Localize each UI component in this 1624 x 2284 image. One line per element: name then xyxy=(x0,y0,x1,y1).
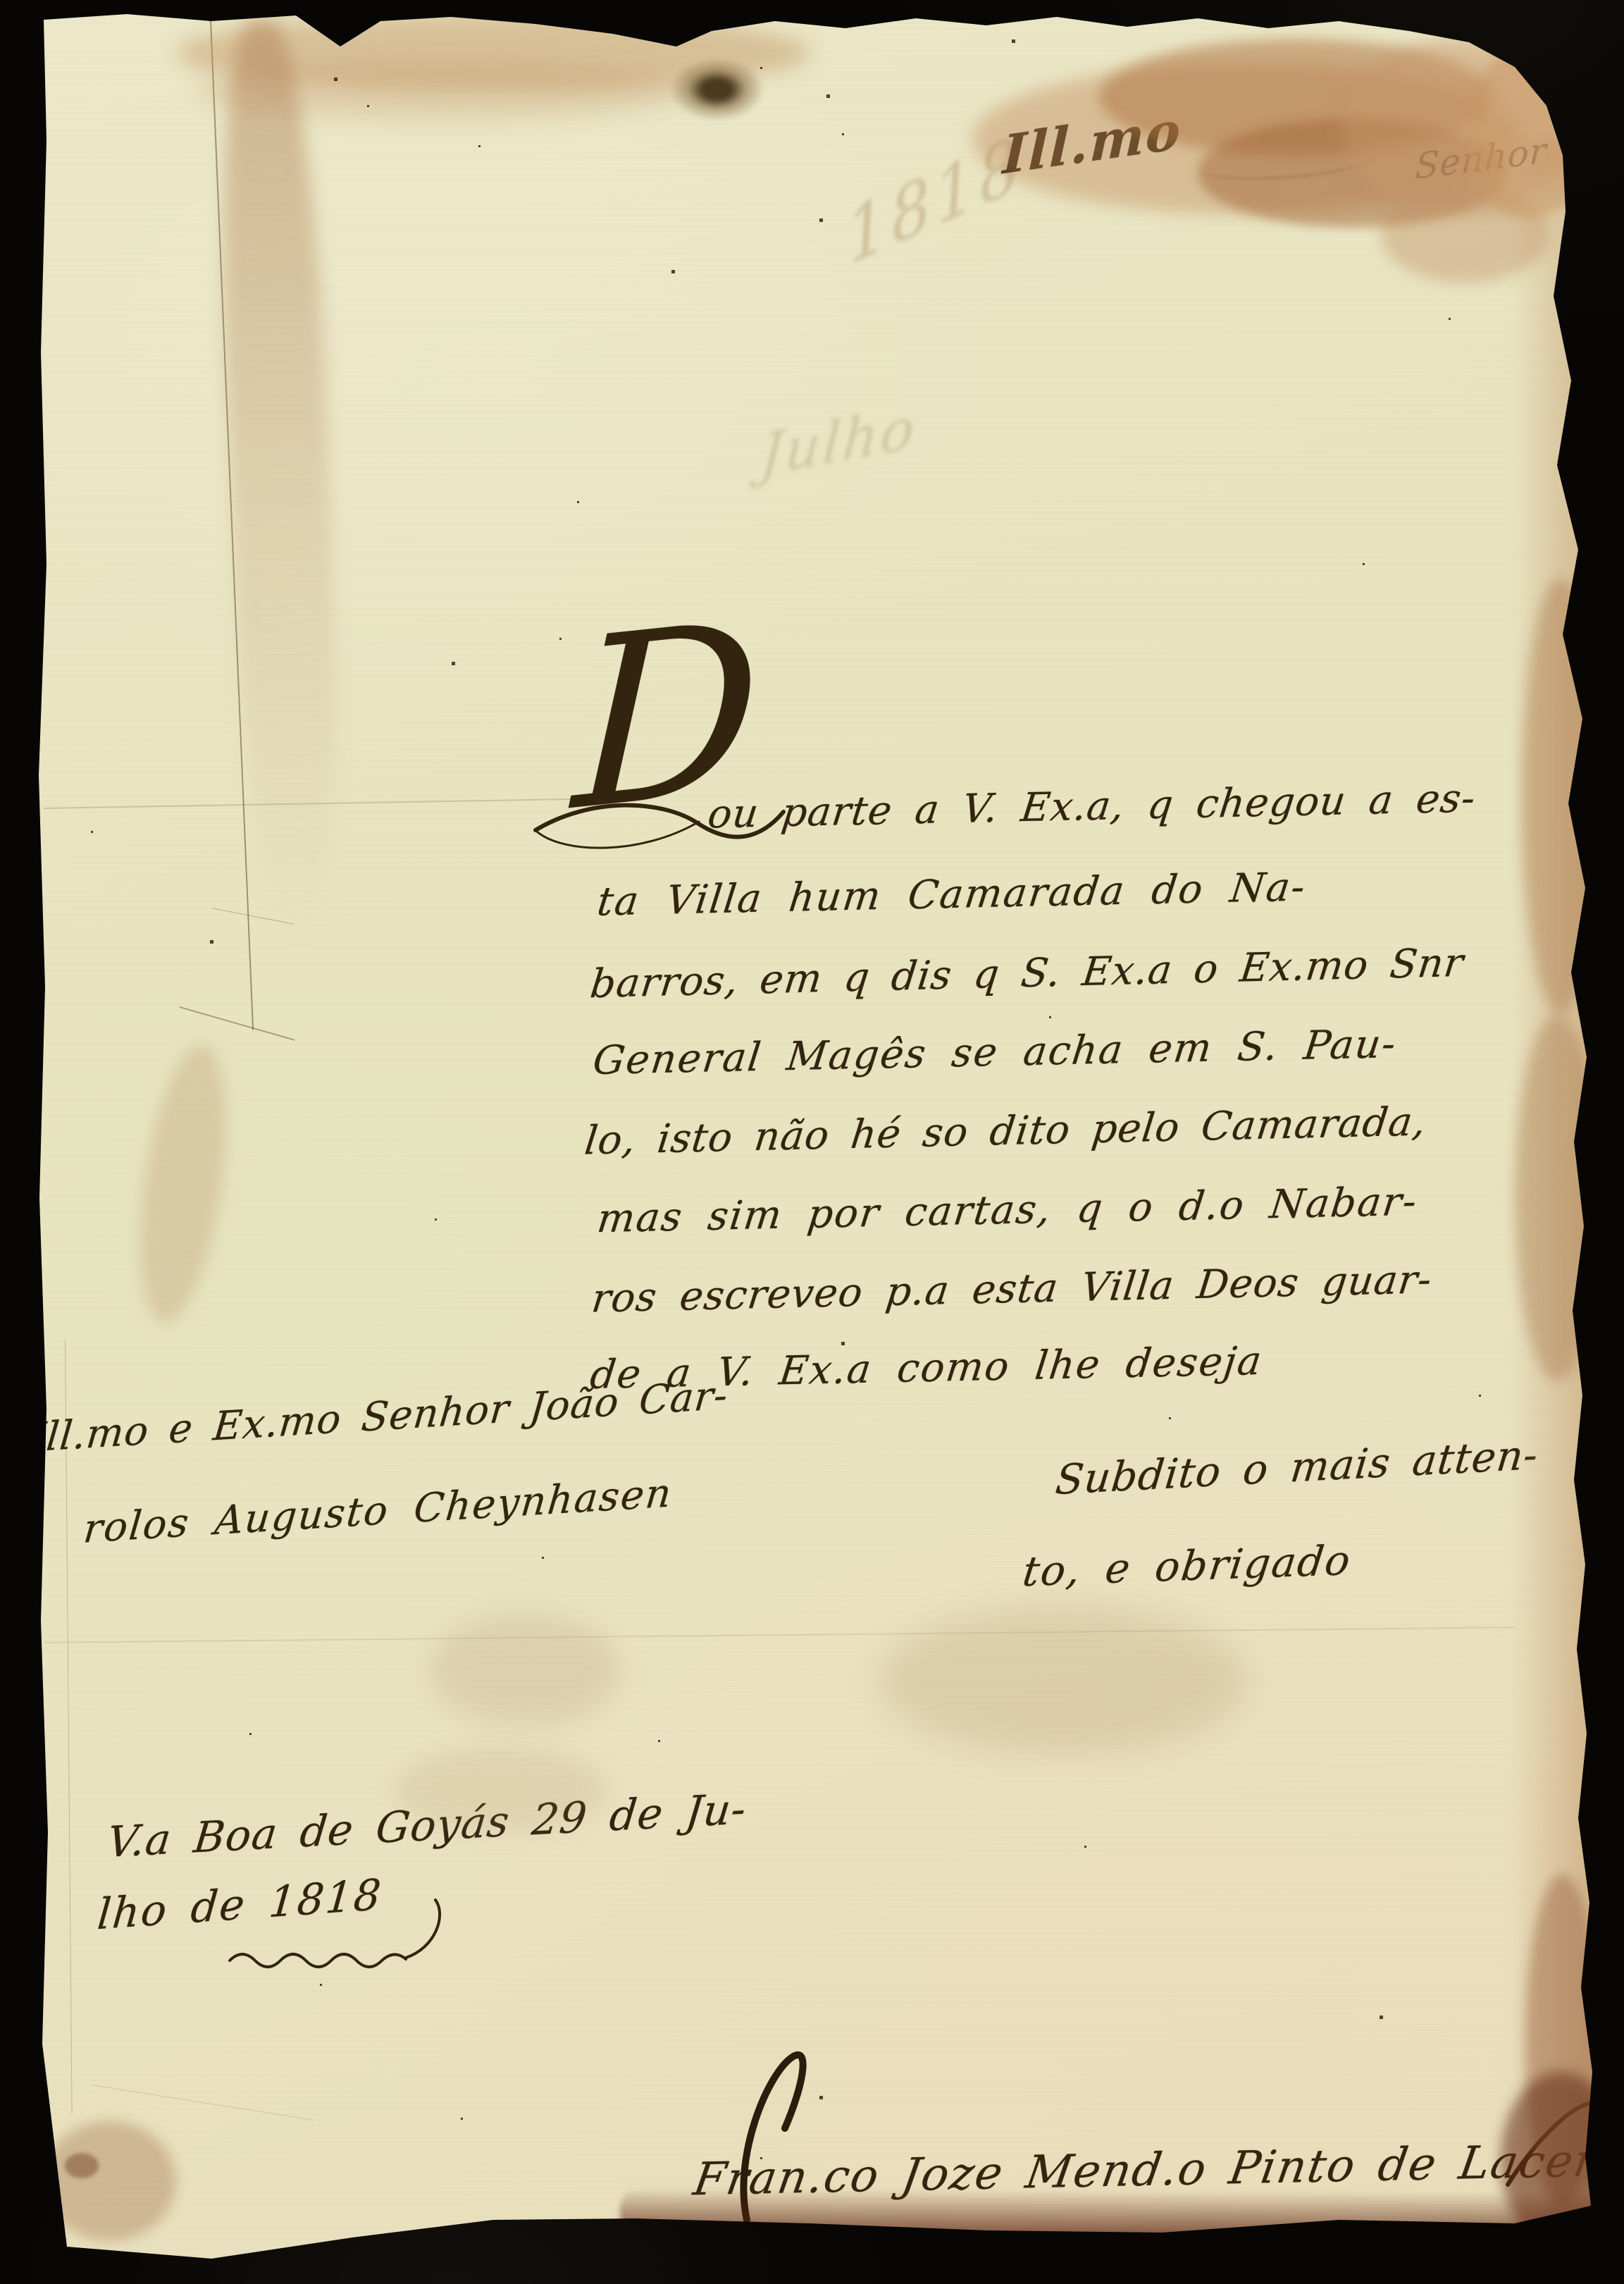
signature-flourish xyxy=(1381,2044,1624,2199)
obscured-writing-strokes xyxy=(1197,140,1375,184)
stain-top-band xyxy=(176,14,810,92)
underline-flourish xyxy=(224,1937,464,1986)
body-line: General Magês se acha em S. Pau- xyxy=(590,1021,1399,1084)
fold-crease-vertical xyxy=(210,20,254,1030)
stain-right-edge-strong-1 xyxy=(1522,578,1599,1015)
stain-bottom-left-1 xyxy=(42,2121,176,2241)
ink-specks xyxy=(0,0,1,1)
stain-top-band-2 xyxy=(197,60,690,120)
body-line: mas sim por cartas, q o d.o Nabar- xyxy=(595,1179,1420,1242)
stain-gritty-spot xyxy=(669,58,764,121)
letter-paper: 1818 Julho Ill.mo Senhor D ou parte a V.… xyxy=(0,0,1624,2284)
fold-crack-2 xyxy=(211,908,295,925)
stain-right-edge-strong-2 xyxy=(1515,1015,1599,1381)
dateline-line: V.a Boa de Goyás 29 de Ju- xyxy=(105,1784,749,1868)
signature-f-stroke xyxy=(726,2044,867,2227)
horizontal-crease-lower xyxy=(44,1626,1516,1643)
ghost-year: 1818 xyxy=(843,120,1027,282)
dateline-line: lho de 1818 xyxy=(95,1870,384,1940)
salutation-abbreviation: Ill.mo xyxy=(1002,100,1183,187)
stain-top-right-tail xyxy=(1381,185,1550,283)
stain-center-smudge-2 xyxy=(430,1614,620,1727)
fold-crack-1 xyxy=(179,1006,295,1041)
page-background: { "document": { "header": { "salutation_… xyxy=(0,0,1624,2284)
stain-fold-band xyxy=(211,17,349,951)
body-line: ta Villa hum Camarada do Na- xyxy=(595,864,1308,925)
body-line: ou parte a V. Ex.a, q chegou a es- xyxy=(705,776,1478,838)
bottom-left-crease xyxy=(92,2085,314,2121)
stain-center-smudge-1 xyxy=(881,1607,1247,1755)
stain-right-edge-band xyxy=(1511,141,1599,2220)
ghost-month-word: Julho xyxy=(758,394,918,488)
body-line: lo, isto não hé so dito pelo Camarada, xyxy=(582,1099,1429,1163)
body-line: barros, em q dis q S. Ex.a o Ex.mo Snr xyxy=(588,940,1466,1007)
stain-mid-left-fold xyxy=(125,1039,242,1328)
body-line: ros escreveo p.a esta Villa Deos guar- xyxy=(589,1257,1434,1321)
stain-bottom-left-2 xyxy=(65,2153,99,2178)
salutation-senhor: Senhor xyxy=(1414,130,1548,187)
photo-backdrop: 1818 Julho Ill.mo Senhor D ou parte a V.… xyxy=(0,0,1624,2284)
address-line: rolos Augusto Cheynhasen xyxy=(82,1470,675,1552)
horizontal-crease-upper xyxy=(44,798,579,809)
closing-line: to, e obrigado xyxy=(1020,1536,1354,1596)
stain-top-right-4 xyxy=(1342,39,1575,215)
closing-line: Subdito o mais atten- xyxy=(1053,1431,1541,1504)
address-line: Ill.mo e Ex.mo Senhor João Car- xyxy=(28,1372,731,1461)
